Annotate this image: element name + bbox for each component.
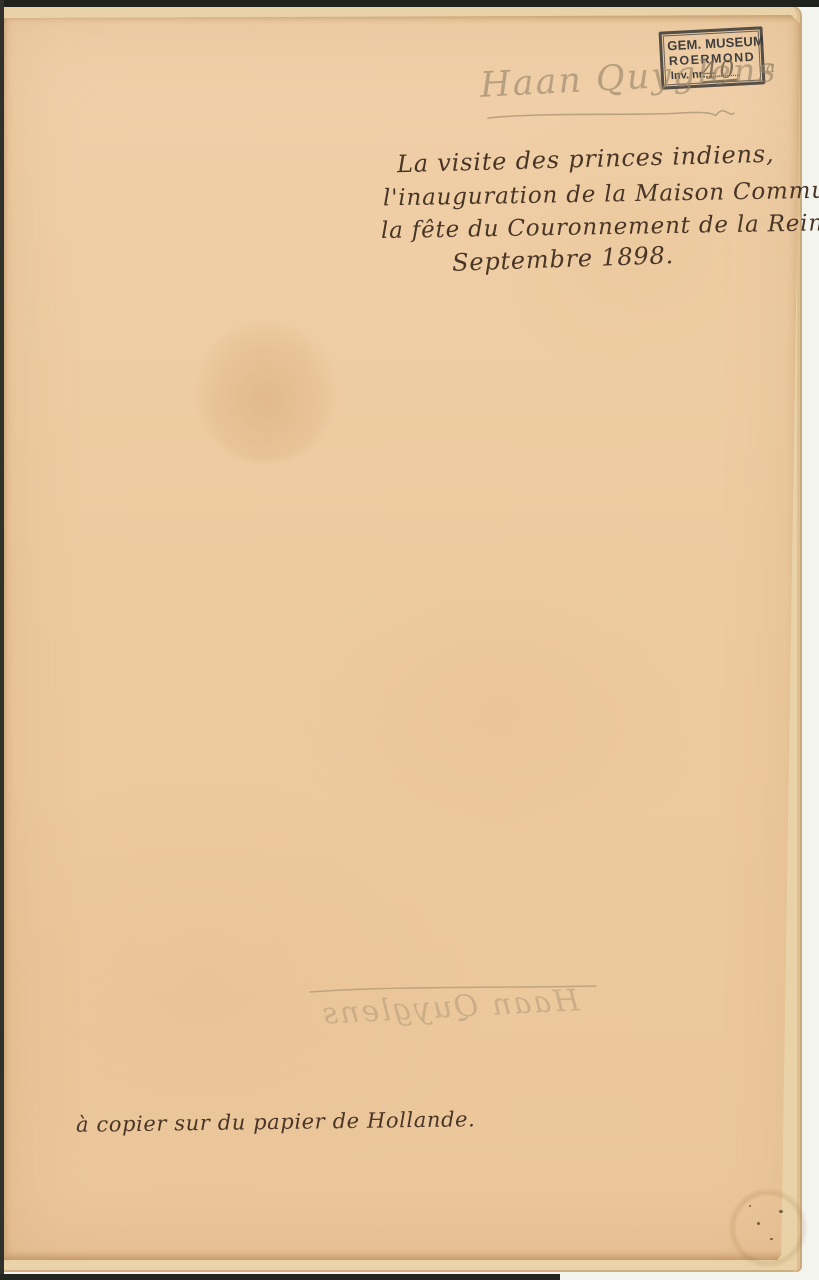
ink-speck <box>757 1222 760 1225</box>
scanner-edge-bottom <box>0 1274 560 1280</box>
paper-stain <box>196 322 336 462</box>
scanned-document: GEM. MUSEUM ROERMOND Inv. nr. 40 a Haan … <box>0 0 819 1280</box>
ink-speck <box>770 1238 773 1240</box>
corner-stain <box>728 1188 808 1268</box>
scanner-edge-top <box>0 0 819 7</box>
ink-speck <box>749 1205 751 1207</box>
pencil-underline-flourish <box>486 102 736 128</box>
scanner-edge-left <box>0 0 4 1280</box>
show-through-writing: Haan Quyglens <box>300 972 600 1052</box>
ink-speck <box>779 1210 783 1213</box>
